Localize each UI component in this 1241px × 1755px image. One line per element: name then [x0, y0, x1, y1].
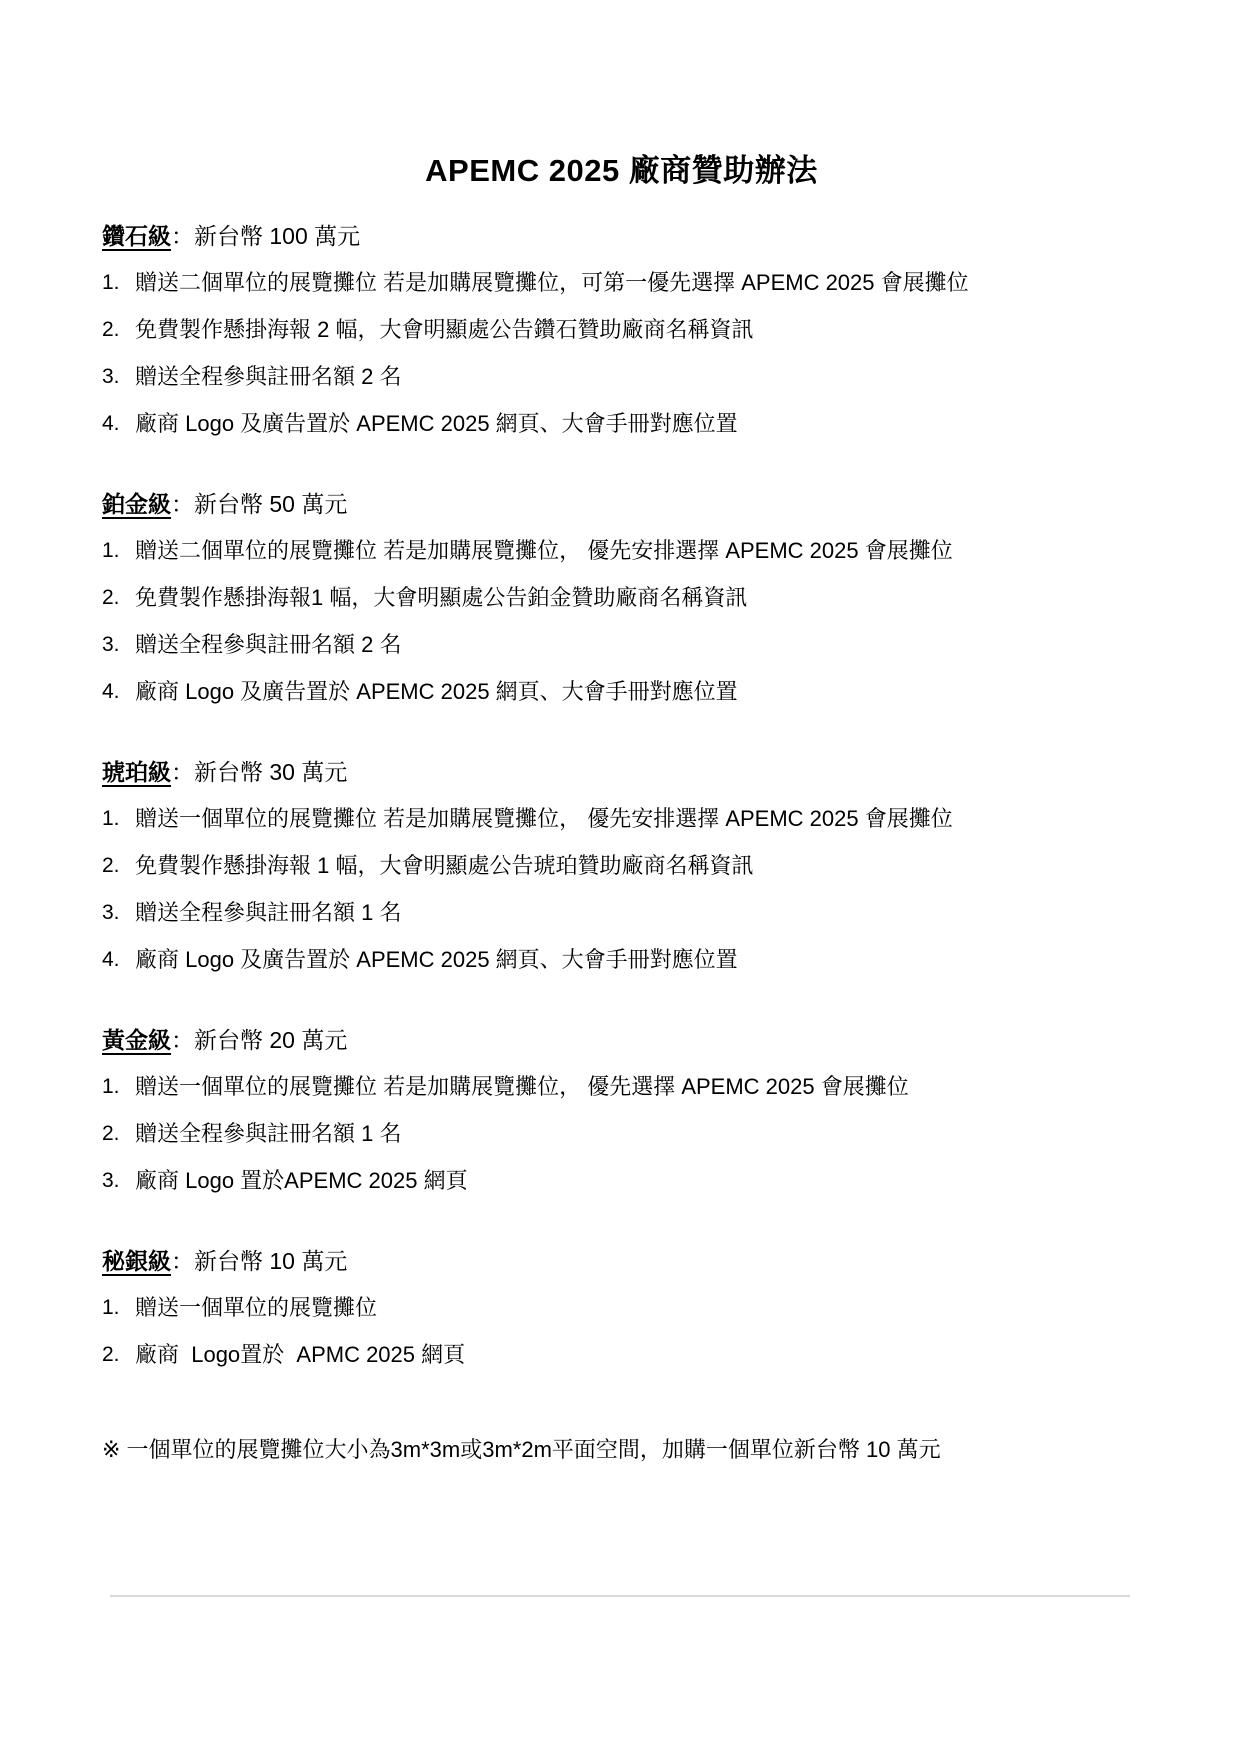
- item-number: 2.: [102, 587, 135, 609]
- benefit-item: 3. 廠商 Logo 置於APEMC 2025 網頁: [102, 1170, 1141, 1192]
- item-text: 免費製作懸掛海報 2 幅，大會明顯處公告鑽石贊助廠商名稱資訊: [135, 319, 753, 341]
- benefit-item: 2. 免費製作懸掛海報 1 幅，大會明顯處公告琥珀贊助廠商名稱資訊: [102, 855, 1141, 877]
- level-price: ：新台幣 20 萬元: [171, 1027, 347, 1053]
- item-number: 3.: [102, 902, 135, 924]
- item-number: 1.: [102, 540, 135, 562]
- item-number: 2.: [102, 1123, 135, 1145]
- sponsor-level-section: 鉑金級：新台幣 50 萬元 1. 贈送二個單位的展覽攤位 若是加購展覽攤位， 優…: [102, 493, 1141, 761]
- benefit-item: 3. 贈送全程參與註冊名額 1 名: [102, 902, 1141, 924]
- level-price: ：新台幣 10 萬元: [171, 1248, 347, 1274]
- footnote: ※ 一個單位的展覽攤位大小為3m*3m或3m*2m平面空間，加購一個單位新台幣 …: [102, 1437, 1141, 1463]
- level-heading: 鑽石級：新台幣 100 萬元: [102, 225, 1141, 247]
- item-text: 贈送一個單位的展覽攤位: [135, 1297, 377, 1319]
- item-text: 贈送二個單位的展覽攤位 若是加購展覽攤位， 優先安排選擇 APEMC 2025 …: [135, 540, 953, 562]
- item-text: 贈送一個單位的展覽攤位 若是加購展覽攤位， 優先安排選擇 APEMC 2025 …: [135, 808, 953, 830]
- level-price: ：新台幣 30 萬元: [171, 759, 347, 785]
- item-text: 贈送一個單位的展覽攤位 若是加購展覽攤位， 優先選擇 APEMC 2025 會展…: [135, 1076, 909, 1098]
- document-page: APEMC 2025 廠商贊助辦法 鑽石級：新台幣 100 萬元 1. 贈送二個…: [0, 0, 1241, 1755]
- level-name: 琥珀級: [102, 759, 171, 785]
- benefit-item: 1. 贈送一個單位的展覽攤位: [102, 1297, 1141, 1319]
- benefit-item: 4. 廠商 Logo 及廣告置於 APEMC 2025 網頁、大會手冊對應位置: [102, 413, 1141, 435]
- item-number: 1.: [102, 1076, 135, 1098]
- sponsor-level-section: 黃金級：新台幣 20 萬元 1. 贈送一個單位的展覽攤位 若是加購展覽攤位， 優…: [102, 1029, 1141, 1250]
- benefit-list: 1. 贈送一個單位的展覽攤位 若是加購展覽攤位， 優先選擇 APEMC 2025…: [102, 1076, 1141, 1192]
- item-text: 廠商 Logo 及廣告置於 APEMC 2025 網頁、大會手冊對應位置: [135, 949, 738, 971]
- benefit-item: 3. 贈送全程參與註冊名額 2 名: [102, 366, 1141, 388]
- item-text: 廠商 Logo 及廣告置於 APEMC 2025 網頁、大會手冊對應位置: [135, 413, 738, 435]
- item-number: 2.: [102, 319, 135, 341]
- level-name: 鑽石級: [102, 223, 171, 249]
- item-text: 贈送二個單位的展覽攤位 若是加購展覽攤位，可第一優先選擇 APEMC 2025 …: [135, 272, 969, 294]
- item-text: 免費製作懸掛海報1 幅，大會明顯處公告鉑金贊助廠商名稱資訊: [135, 587, 747, 609]
- benefit-list: 1. 贈送一個單位的展覽攤位 若是加購展覽攤位， 優先安排選擇 APEMC 20…: [102, 808, 1141, 971]
- benefit-item: 1. 贈送一個單位的展覽攤位 若是加購展覽攤位， 優先安排選擇 APEMC 20…: [102, 808, 1141, 830]
- item-number: 1.: [102, 272, 135, 294]
- level-heading: 琥珀級：新台幣 30 萬元: [102, 761, 1141, 783]
- item-number: 2.: [102, 855, 135, 877]
- footer-divider: [110, 1595, 1130, 1597]
- level-name: 黃金級: [102, 1027, 171, 1053]
- benefit-item: 2. 免費製作懸掛海報 2 幅，大會明顯處公告鑽石贊助廠商名稱資訊: [102, 319, 1141, 341]
- benefit-item: 3. 贈送全程參與註冊名額 2 名: [102, 634, 1141, 656]
- level-name: 鉑金級: [102, 491, 171, 517]
- page-title: APEMC 2025 廠商贊助辦法: [102, 145, 1141, 190]
- item-text: 贈送全程參與註冊名額 1 名: [135, 902, 401, 924]
- benefit-item: 4. 廠商 Logo 及廣告置於 APEMC 2025 網頁、大會手冊對應位置: [102, 681, 1141, 703]
- level-heading: 黃金級：新台幣 20 萬元: [102, 1029, 1141, 1051]
- level-heading: 鉑金級：新台幣 50 萬元: [102, 493, 1141, 515]
- item-text: 贈送全程參與註冊名額 1 名: [135, 1123, 401, 1145]
- sponsor-level-section: 鑽石級：新台幣 100 萬元 1. 贈送二個單位的展覽攤位 若是加購展覽攤位，可…: [102, 225, 1141, 493]
- sponsor-level-section: 秘銀級：新台幣 10 萬元 1. 贈送一個單位的展覽攤位 2. 廠商 Logo置…: [102, 1250, 1141, 1424]
- benefit-item: 1. 贈送二個單位的展覽攤位 若是加購展覽攤位， 優先安排選擇 APEMC 20…: [102, 540, 1141, 562]
- benefit-item: 2. 免費製作懸掛海報1 幅，大會明顯處公告鉑金贊助廠商名稱資訊: [102, 587, 1141, 609]
- item-number: 4.: [102, 681, 135, 703]
- item-number: 3.: [102, 366, 135, 388]
- benefit-item: 4. 廠商 Logo 及廣告置於 APEMC 2025 網頁、大會手冊對應位置: [102, 949, 1141, 971]
- benefit-list: 1. 贈送二個單位的展覽攤位 若是加購展覽攤位， 優先安排選擇 APEMC 20…: [102, 540, 1141, 703]
- level-price: ：新台幣 50 萬元: [171, 491, 347, 517]
- item-number: 4.: [102, 413, 135, 435]
- benefit-item: 2. 贈送全程參與註冊名額 1 名: [102, 1123, 1141, 1145]
- benefit-item: 1. 贈送一個單位的展覽攤位 若是加購展覽攤位， 優先選擇 APEMC 2025…: [102, 1076, 1141, 1098]
- item-number: 2.: [102, 1344, 135, 1366]
- item-text: 廠商 Logo 及廣告置於 APEMC 2025 網頁、大會手冊對應位置: [135, 681, 738, 703]
- benefit-list: 1. 贈送二個單位的展覽攤位 若是加購展覽攤位，可第一優先選擇 APEMC 20…: [102, 272, 1141, 435]
- item-number: 3.: [102, 1170, 135, 1192]
- item-text: 贈送全程參與註冊名額 2 名: [135, 634, 401, 656]
- sections-container: 鑽石級：新台幣 100 萬元 1. 贈送二個單位的展覽攤位 若是加購展覽攤位，可…: [102, 225, 1141, 1424]
- level-name: 秘銀級: [102, 1248, 171, 1274]
- item-text: 廠商 Logo 置於APEMC 2025 網頁: [135, 1170, 468, 1192]
- benefit-item: 1. 贈送二個單位的展覽攤位 若是加購展覽攤位，可第一優先選擇 APEMC 20…: [102, 272, 1141, 294]
- item-text: 贈送全程參與註冊名額 2 名: [135, 366, 401, 388]
- item-number: 1.: [102, 808, 135, 830]
- level-price: ：新台幣 100 萬元: [171, 223, 360, 249]
- benefit-list: 1. 贈送一個單位的展覽攤位 2. 廠商 Logo置於 APMC 2025 網頁: [102, 1297, 1141, 1366]
- item-text: 廠商 Logo置於 APMC 2025 網頁: [135, 1344, 465, 1366]
- item-number: 3.: [102, 634, 135, 656]
- item-number: 4.: [102, 949, 135, 971]
- item-text: 免費製作懸掛海報 1 幅，大會明顯處公告琥珀贊助廠商名稱資訊: [135, 855, 753, 877]
- item-number: 1.: [102, 1297, 135, 1319]
- level-heading: 秘銀級：新台幣 10 萬元: [102, 1250, 1141, 1272]
- sponsor-level-section: 琥珀級：新台幣 30 萬元 1. 贈送一個單位的展覽攤位 若是加購展覽攤位， 優…: [102, 761, 1141, 1029]
- benefit-item: 2. 廠商 Logo置於 APMC 2025 網頁: [102, 1344, 1141, 1366]
